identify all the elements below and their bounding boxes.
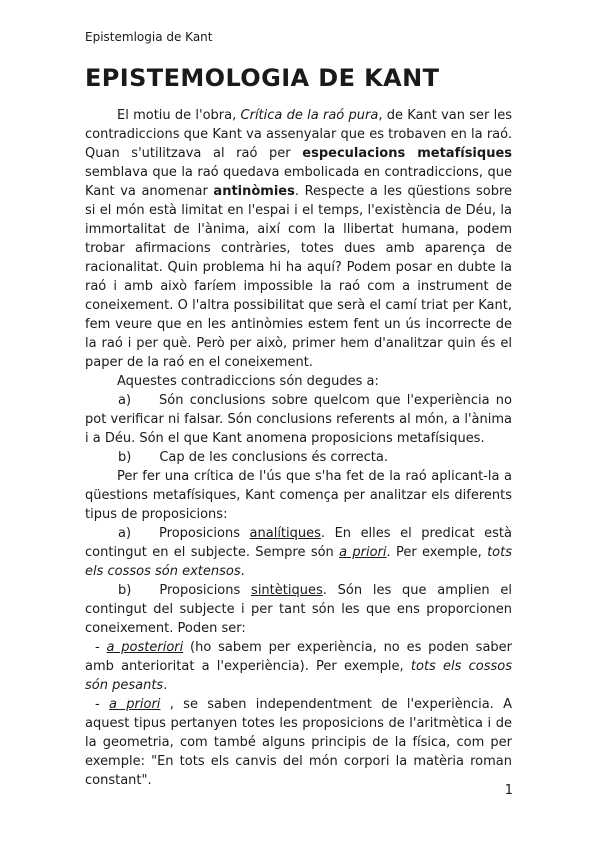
bold-term: especulacions metafísiques [302,146,512,161]
bold-term: antinòmies [213,184,294,199]
page-number: 1 [505,781,513,800]
underlined-italic-term: a posteriori [107,640,184,655]
underlined-term: sintètiques [251,583,323,598]
sublist-item-aposteriori: - a posteriori (ho sabem per experiència… [85,638,512,695]
text-run: . Per exemple, [387,545,488,560]
item-label: a) [118,393,131,408]
contradictions-lead-paragraph: Aquestes contradiccions són degudes a: [85,372,512,391]
text-run: Són conclusions sobre quelcom que l'expe… [85,393,512,446]
dash-bullet: - [95,697,109,712]
underlined-term: analítiques [250,526,321,541]
item-label: a) [118,526,131,541]
item-label: b) [118,450,131,465]
intro-paragraph: El motiu de l'obra, Crítica de la raó pu… [85,106,512,372]
text-run: Proposicions [159,526,249,541]
sublist-item-apriori: - a priori , se saben independentment de… [85,695,512,790]
page-header: Epistemlogia de Kant [85,30,512,45]
document-page: Epistemlogia de Kant EPISTEMOLOGIA DE KA… [0,0,599,848]
text-run: . Respecte a les qüestions sobre si el m… [85,184,512,370]
list2-item-a: a)Proposicions analítiques. En elles el … [85,524,512,581]
document-title: EPISTEMOLOGIA DE KANT [85,64,512,92]
underlined-italic-term: a priori [109,697,160,712]
underlined-italic-term: a priori [339,545,386,560]
text-run: Cap de les conclusions és correcta. [159,450,388,465]
critique-lead-paragraph: Per fer una crítica de l'ús que s'ha fet… [85,467,512,524]
book-title-italic: Crítica de la raó pura [241,108,379,123]
text-run: . [163,678,167,693]
text-run: El motiu de l'obra, [117,108,241,123]
dash-bullet: - [95,640,107,655]
list2-item-b: b)Proposicions sintètiques. Són les que … [85,581,512,638]
text-run: Proposicions [159,583,251,598]
list1-item-a: a)Són conclusions sobre quelcom que l'ex… [85,391,512,448]
item-label: b) [118,583,131,598]
text-run: . [241,564,245,579]
list1-item-b: b)Cap de les conclusions és correcta. [85,448,512,467]
